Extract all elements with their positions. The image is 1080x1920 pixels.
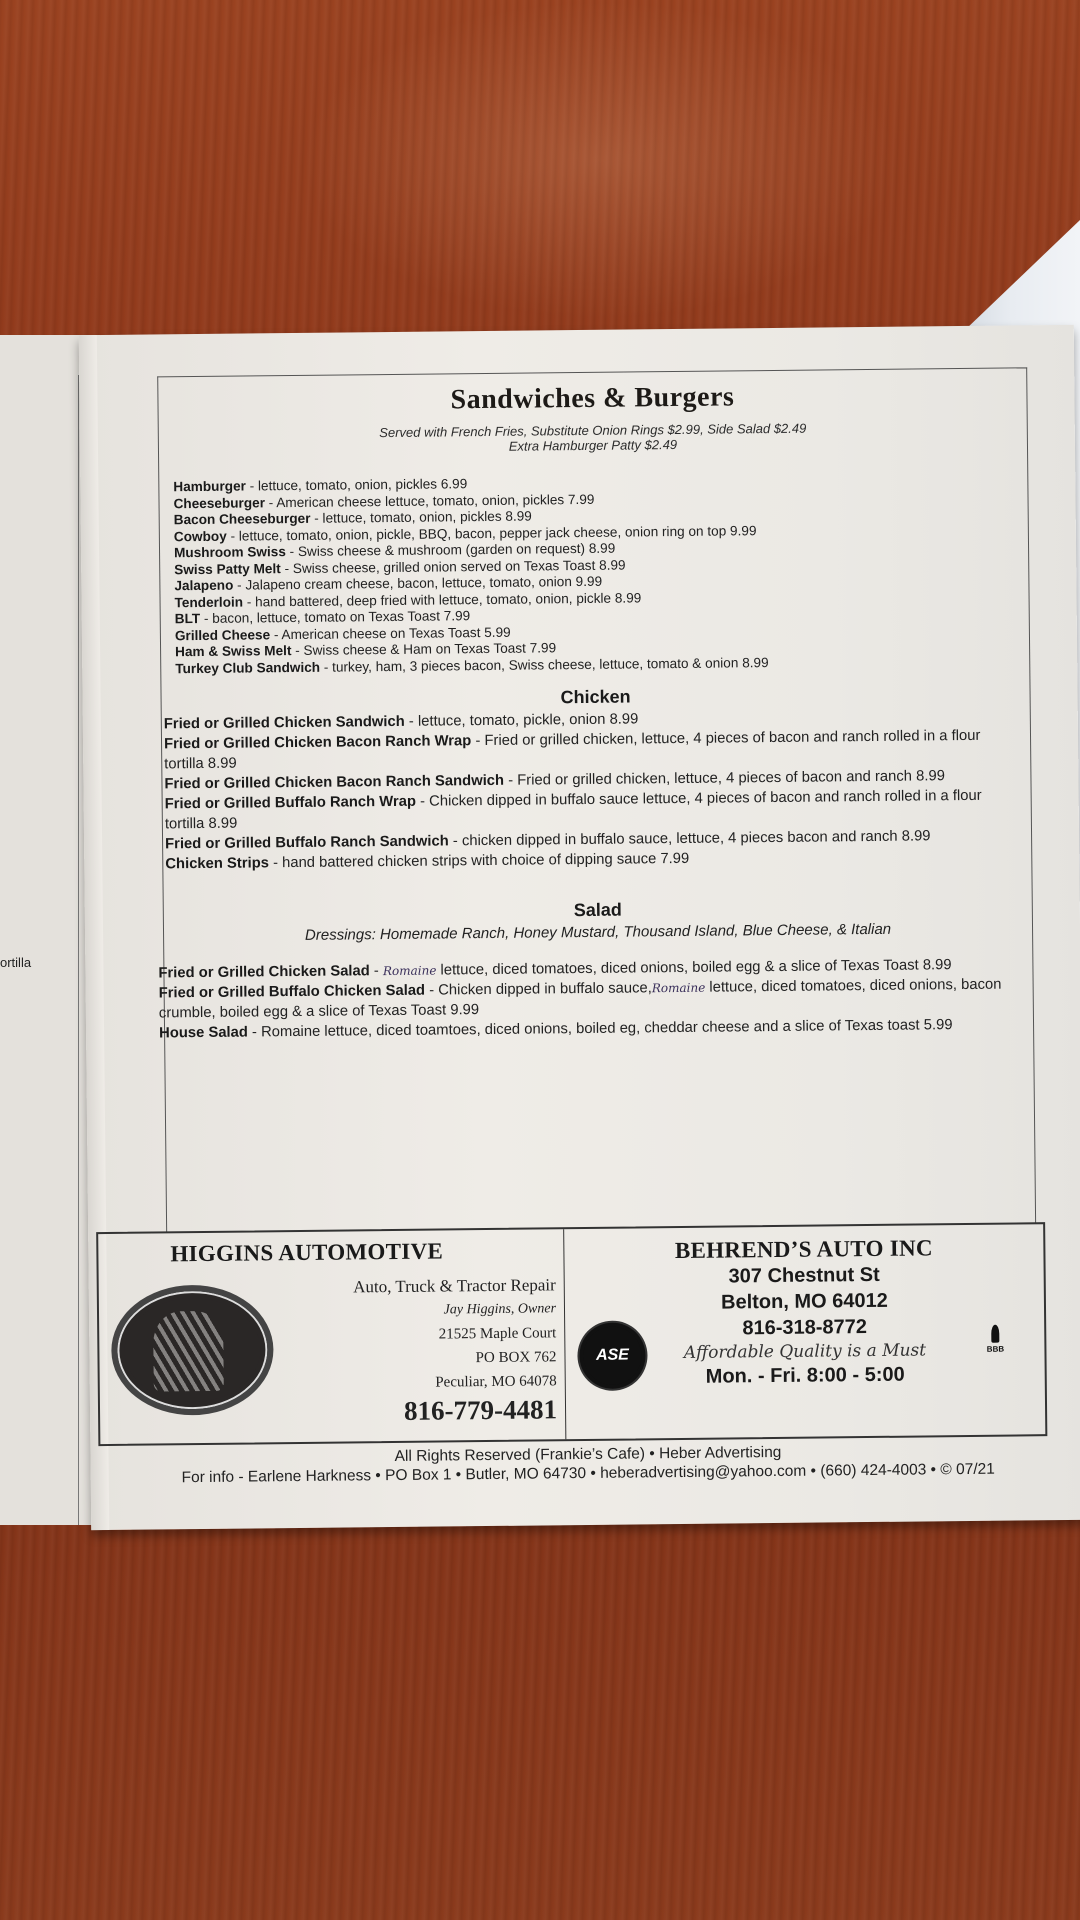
menu-item-description: - chicken dipped in buffalo sauce, lettu…: [449, 828, 931, 849]
behrends-auto-ad: BEHREND’S AUTO INC 307 Chestnut St Belto…: [564, 1224, 1045, 1439]
ase-badge-text: ASE: [596, 1347, 629, 1365]
menu-item-description: -: [370, 963, 383, 979]
ad-city: Peculiar, MO 64078: [354, 1369, 557, 1395]
ad-owner: Jay Higgins, Owner: [353, 1297, 556, 1323]
menu-title: Sandwiches & Burgers: [158, 378, 1026, 419]
menu-item-description: - hand battered chicken strips with choi…: [269, 851, 689, 871]
menu-item-description: - Fried or grilled chicken, lettuce, 4 p…: [504, 768, 945, 789]
menu-item-description: - lettuce, tomato, pickle, onion 8.99: [405, 711, 639, 729]
mechanic-logo-icon: [111, 1284, 274, 1416]
menu-item-name: Bacon Cheeseburger: [174, 511, 311, 527]
menu-item-description: - Romaine lettuce, diced toamtoes, diced…: [248, 1017, 953, 1040]
higgins-automotive-ad: HIGGINS AUTOMOTIVE Auto, Truck & Tractor…: [98, 1229, 566, 1444]
menu-item-name: Hamburger: [173, 479, 246, 495]
handwritten-correction: Romaine: [652, 981, 706, 996]
ad-details: Auto, Truck & Tractor Repair Jay Higgins…: [353, 1273, 557, 1423]
menu-item-name: Swiss Patty Melt: [174, 561, 281, 577]
menu-item-name: Fried or Grilled Chicken Bacon Ranch Wra…: [164, 733, 471, 752]
menu-footer: All Rights Reserved (Frankie’s Cafe) • H…: [90, 1440, 1080, 1488]
menu-item-name: Turkey Club Sandwich: [175, 659, 320, 676]
ad-po-box: PO BOX 762: [354, 1345, 557, 1371]
menu-item-name: Cheeseburger: [173, 495, 265, 511]
chicken-list: Fried or Grilled Chicken Sandwich - lett…: [164, 705, 1032, 874]
menu-page: Sandwiches & Burgers Served with French …: [79, 325, 1080, 1530]
menu-item-name: Fried or Grilled Buffalo Chicken Salad: [159, 983, 426, 1002]
menu-item-description: - American cheese lettuce, tomato, onion…: [265, 491, 595, 509]
menu-item-description: - Swiss cheese & mushroom (garden on req…: [286, 541, 616, 559]
menu-item-description: - lettuce, tomato, onion, pickles 6.99: [246, 476, 468, 493]
menu-item-name: Mushroom Swiss: [174, 544, 286, 560]
sandwich-list: Hamburger - lettuce, tomato, onion, pick…: [173, 470, 1029, 677]
bbb-accredited-icon: BBB: [984, 1325, 1006, 1369]
menu-item-description: - American cheese on Texas Toast 5.99: [270, 624, 511, 642]
menu-item-name: Grilled Cheese: [175, 627, 270, 643]
menu-item-name: Fried or Grilled Chicken Bacon Ranch San…: [164, 773, 504, 793]
menu-subtitle: Served with French Fries, Substitute Oni…: [159, 418, 1027, 457]
menu-item-name: House Salad: [159, 1025, 248, 1042]
handwritten-correction: Romaine: [383, 964, 437, 979]
left-panel-text-fragment: ortilla: [0, 955, 31, 970]
menu-item-description: - lettuce, tomato, onion, pickles 8.99: [310, 509, 532, 526]
menu-item-name: Chicken Strips: [165, 855, 269, 872]
menu-item-description: - Jalapeno cream cheese, bacon, lettuce,…: [233, 574, 602, 593]
menu-item-name: Fried or Grilled Buffalo Ranch Wrap: [165, 794, 416, 813]
table-surface: [300, 0, 900, 320]
ad-phone: 816-779-4481: [354, 1397, 557, 1423]
menu-item-description: - bacon, lettuce, tomato on Texas Toast …: [200, 608, 470, 626]
bbb-badge-text: BBB: [987, 1345, 1004, 1354]
advertisement-strip: HIGGINS AUTOMOTIVE Auto, Truck & Tractor…: [96, 1222, 1047, 1446]
menu-item-name: Cowboy: [174, 528, 227, 544]
salad-list: Fried or Grilled Chicken Salad - Romaine…: [158, 954, 1033, 1043]
menu-item-name: Tenderloin: [174, 594, 243, 610]
menu-item-description: - Chicken dipped in buffalo sauce,: [425, 980, 652, 998]
menu-item-description: - hand battered, deep fried with lettuce…: [243, 590, 641, 609]
ase-certified-icon: ASE: [583, 1326, 642, 1385]
menu-content-box: Sandwiches & Burgers Served with French …: [157, 367, 1036, 1232]
menu-item-name: BLT: [175, 611, 201, 626]
ad-service: Auto, Truck & Tractor Repair: [353, 1273, 556, 1299]
menu-item-description: - Swiss cheese & Ham on Texas Toast 7.99: [291, 640, 556, 658]
menu-item-name: Fried or Grilled Buffalo Ranch Sandwich: [165, 833, 449, 852]
menu-item-name: Jalapeno: [174, 578, 233, 594]
menu-item-name: Ham & Swiss Melt: [175, 643, 291, 659]
menu-item-name: Fried or Grilled Chicken Salad: [158, 963, 369, 981]
left-panel-border: [0, 375, 79, 1525]
ad-business-name: HIGGINS AUTOMOTIVE: [170, 1238, 443, 1267]
menu-item-name: Fried or Grilled Chicken Sandwich: [164, 714, 405, 733]
menu-item-description: - Swiss cheese, grilled onion served on …: [281, 557, 626, 576]
ad-address: 21525 Maple Court: [354, 1321, 557, 1347]
